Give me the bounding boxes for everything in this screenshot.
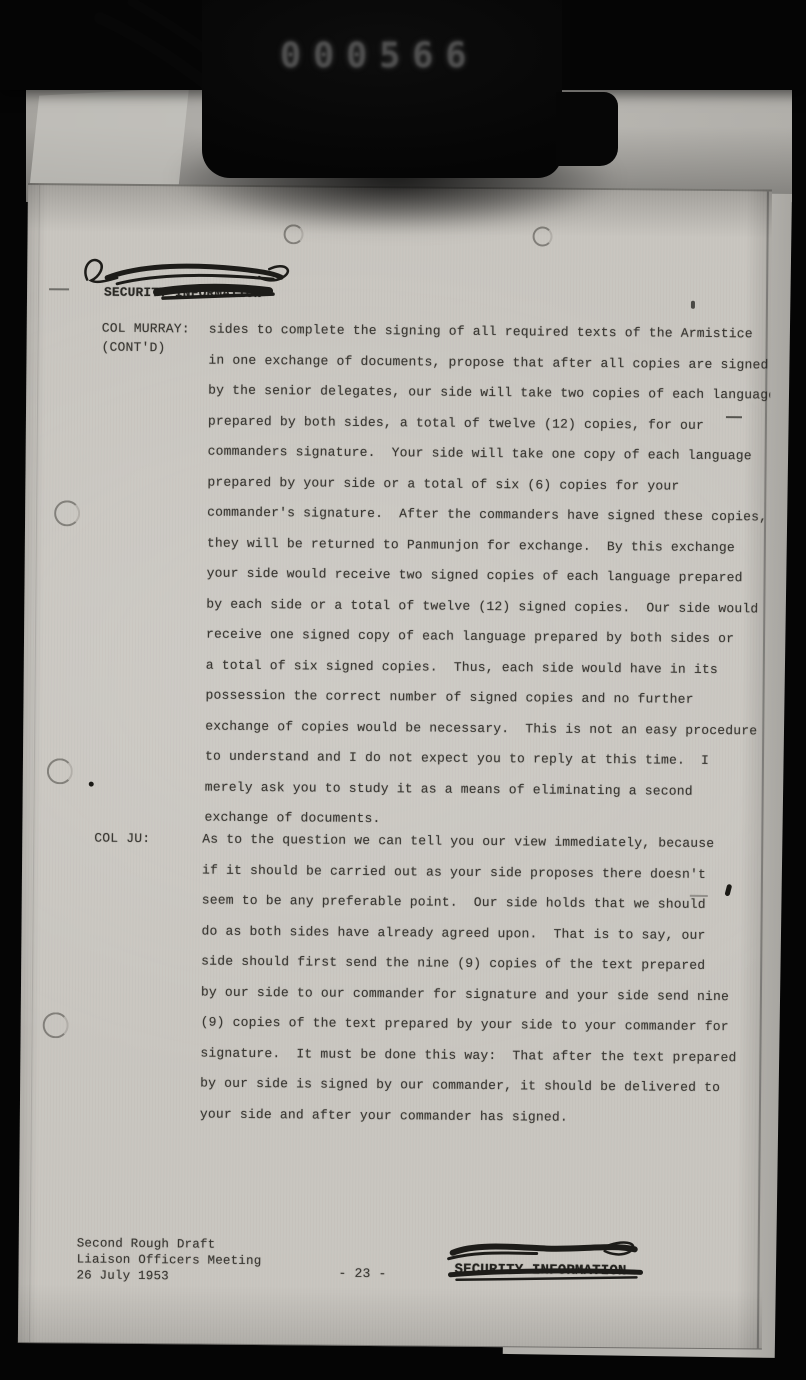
counter-digits: 000566 bbox=[280, 36, 478, 76]
handwritten-scrawl bbox=[73, 249, 314, 313]
frame-counter: 000566 bbox=[202, 0, 562, 178]
transcript-paragraph: sides to complete the signing of all req… bbox=[204, 315, 772, 839]
ink-mark bbox=[691, 301, 695, 309]
stamp-scribble bbox=[446, 1235, 648, 1295]
counter-knob bbox=[556, 92, 618, 166]
page-number: - 23 - bbox=[338, 1266, 386, 1281]
footer-draft-info: Second Rough Draft Liaison Officers Meet… bbox=[76, 1235, 261, 1285]
ink-mark bbox=[49, 288, 69, 290]
ink-mark bbox=[89, 782, 94, 787]
punch-hole bbox=[43, 1012, 69, 1038]
transcript-paragraph: As to the question we can tell you our v… bbox=[200, 825, 772, 1135]
microfilm-scan: SECURITY INFORMATION COL MURRAY: (CONT'D… bbox=[0, 0, 806, 1380]
punch-hole bbox=[47, 758, 73, 784]
speaker-label: COL JU: bbox=[94, 830, 150, 849]
punch-hole bbox=[54, 500, 80, 526]
document-page: SECURITY INFORMATION COL MURRAY: (CONT'D… bbox=[18, 183, 772, 1349]
speaker-label: COL MURRAY: (CONT'D) bbox=[101, 320, 189, 358]
security-stamp-group: SECURITY INFORMATION bbox=[446, 1235, 648, 1295]
